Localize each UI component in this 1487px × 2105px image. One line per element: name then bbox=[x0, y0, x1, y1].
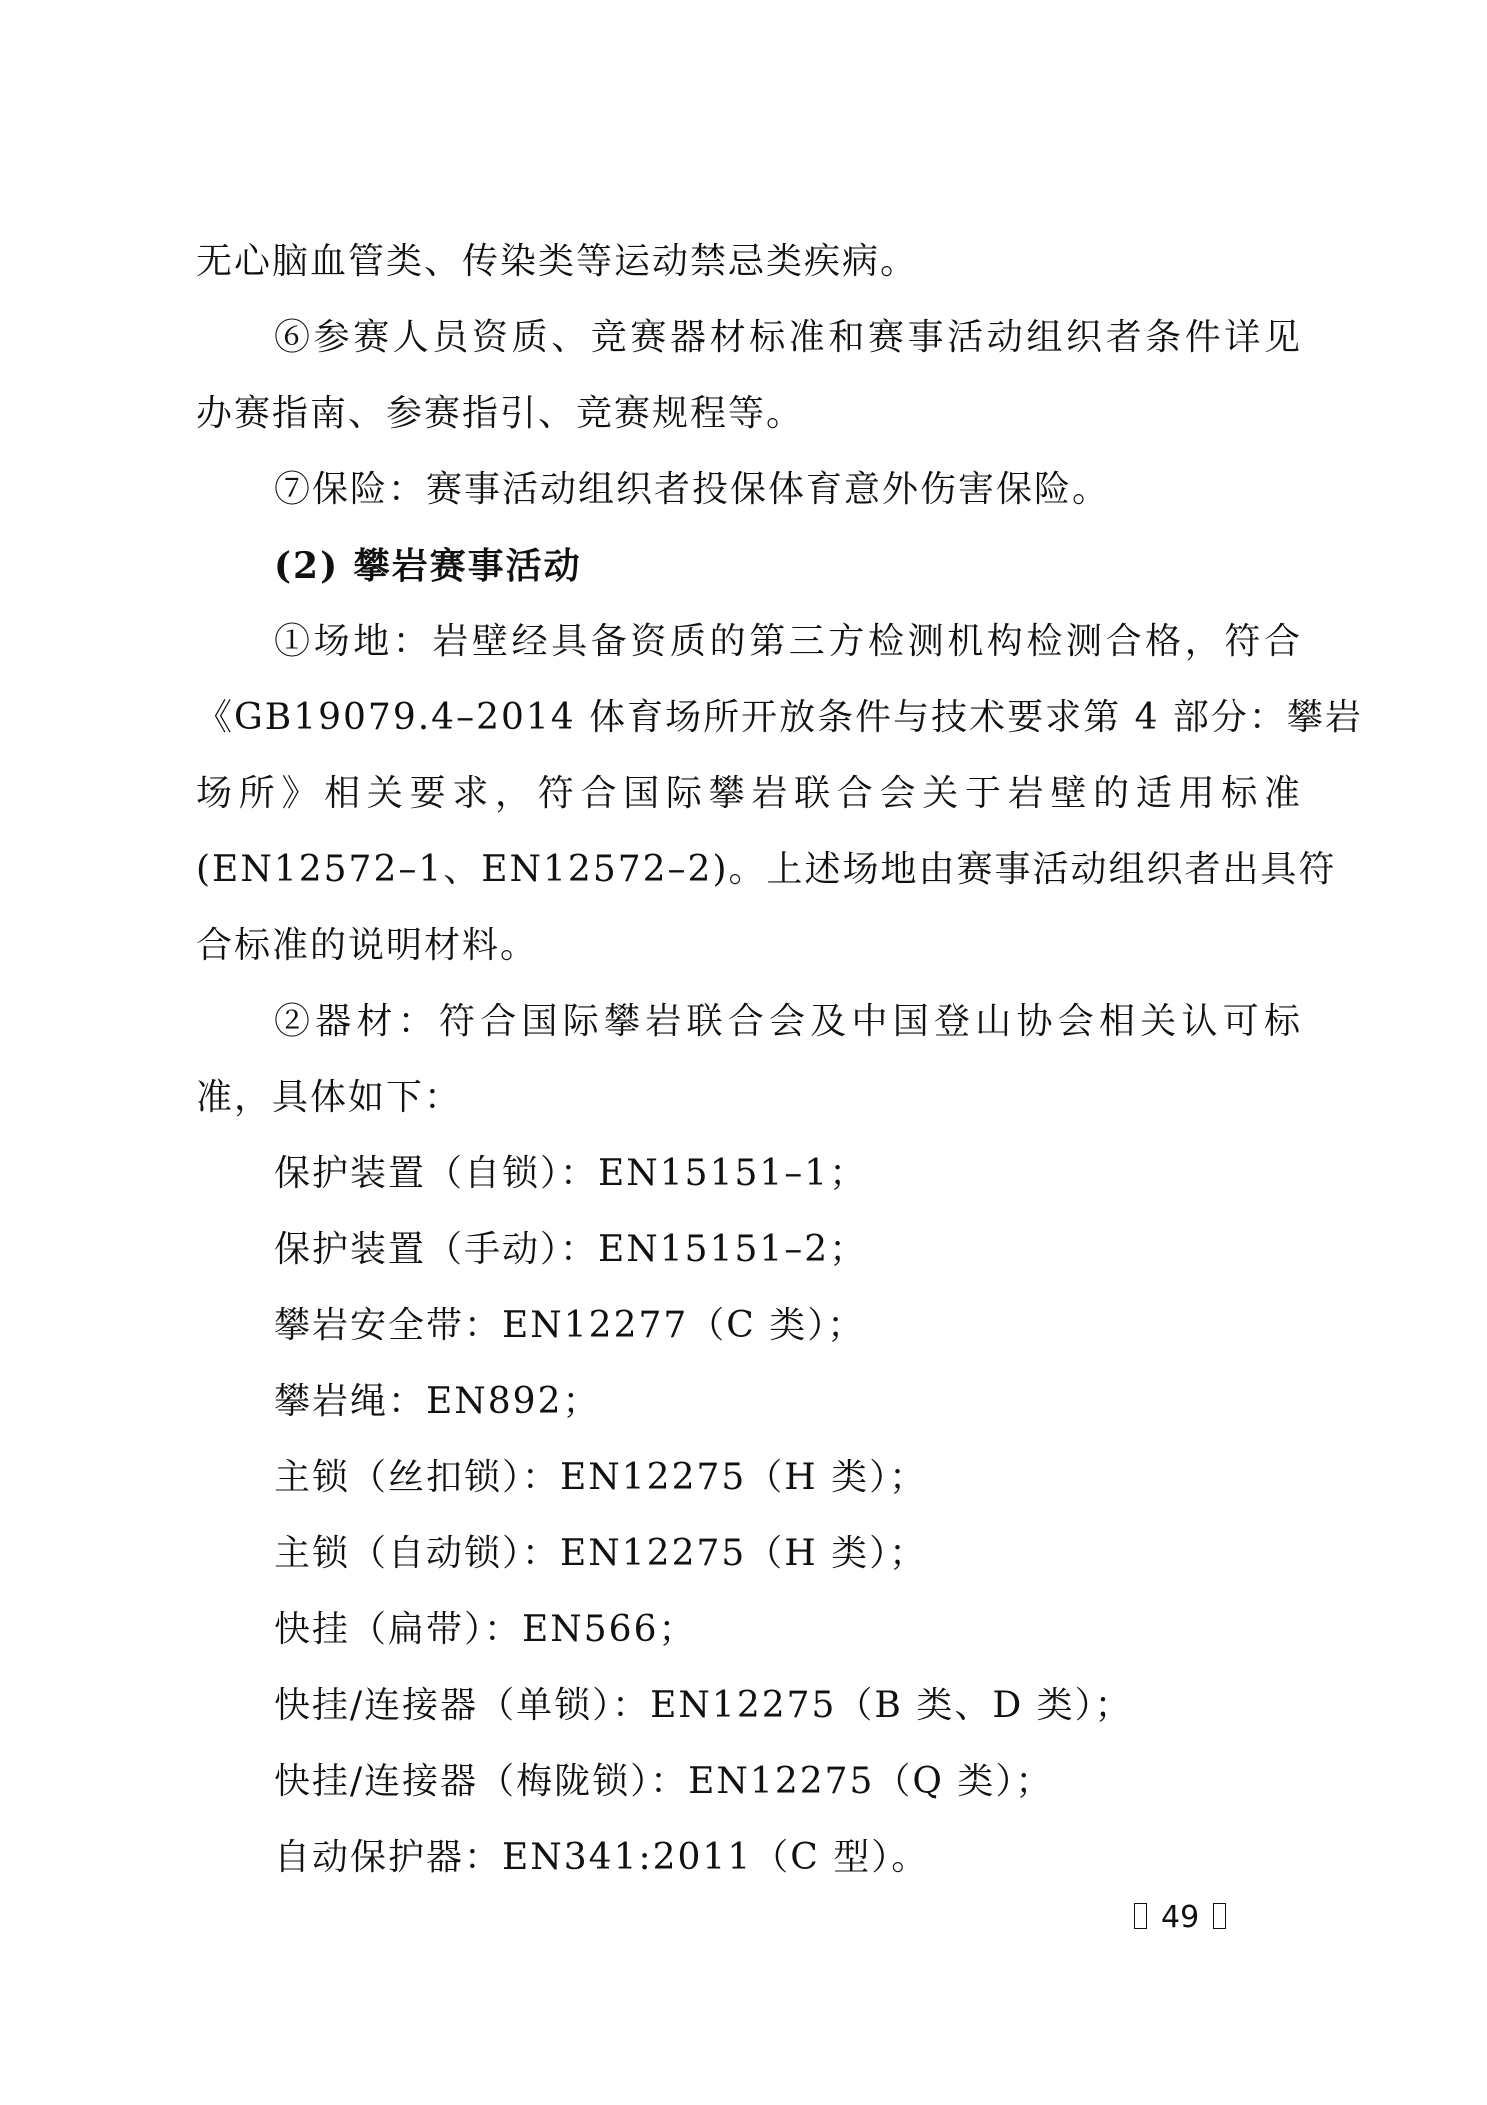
page-number: 49 bbox=[1161, 1900, 1199, 1935]
paragraph-line: 快挂/连接器（梅陇锁）：EN12275（Q 类）； bbox=[274, 1758, 1053, 1806]
paragraph-line: 无心脑血管类、传染类等运动禁忌类疾病。 bbox=[196, 238, 918, 286]
page-footer: 49 bbox=[1120, 1900, 1240, 1935]
section-heading: (2) 攀岩赛事活动 bbox=[274, 542, 582, 590]
paragraph-line: 攀岩安全带：EN12277（C 类）； bbox=[274, 1302, 865, 1350]
paragraph-line: 场所》相关要求，符合国际攀岩联合会关于岩壁的适用标准 bbox=[196, 770, 1302, 818]
paragraph-line: 办赛指南、参赛指引、竞赛规程等。 bbox=[196, 390, 804, 438]
paragraph-line: ②器材：符合国际攀岩联合会及中国登山协会相关认可标 bbox=[274, 998, 1302, 1046]
paragraph-line: ①场地：岩壁经具备资质的第三方检测机构检测合格，符合 bbox=[274, 618, 1302, 666]
paragraph-line: 主锁（自动锁）：EN12275（H 类）； bbox=[274, 1530, 927, 1578]
paragraph-line: 准，具体如下： bbox=[196, 1074, 462, 1122]
page-marker-left-icon bbox=[1134, 1903, 1147, 1929]
paragraph-line: 主锁（丝扣锁）：EN12275（H 类）； bbox=[274, 1454, 927, 1502]
paragraph-line: ⑥参赛人员资质、竞赛器材标准和赛事活动组织者条件详见 bbox=[274, 314, 1302, 362]
page-marker-right-icon bbox=[1213, 1903, 1226, 1929]
paragraph-line: 攀岩绳：EN892； bbox=[274, 1378, 601, 1426]
paragraph-line: (EN12572–1、EN12572–2)。上述场地由赛事活动组织者出具符 bbox=[196, 846, 1302, 894]
paragraph-line: 合标准的说明材料。 bbox=[196, 922, 538, 970]
paragraph-line: 《GB19079.4–2014 体育场所开放条件与技术要求第 4 部分：攀岩 bbox=[196, 694, 1302, 742]
paragraph-line: 快挂/连接器（单锁）：EN12275（B 类、D 类）； bbox=[274, 1682, 1133, 1730]
paragraph-line: 自动保护器：EN341:2011（C 型）。 bbox=[274, 1834, 929, 1882]
paragraph-line: 保护装置（自锁）：EN15151–1； bbox=[274, 1150, 867, 1198]
paragraph-line: ⑦保险：赛事活动组织者投保体育意外伤害保险。 bbox=[274, 466, 1110, 514]
paragraph-line: 快挂（扁带）：EN566； bbox=[274, 1606, 697, 1654]
paragraph-line: 保护装置（手动）：EN15151–2； bbox=[274, 1226, 867, 1274]
